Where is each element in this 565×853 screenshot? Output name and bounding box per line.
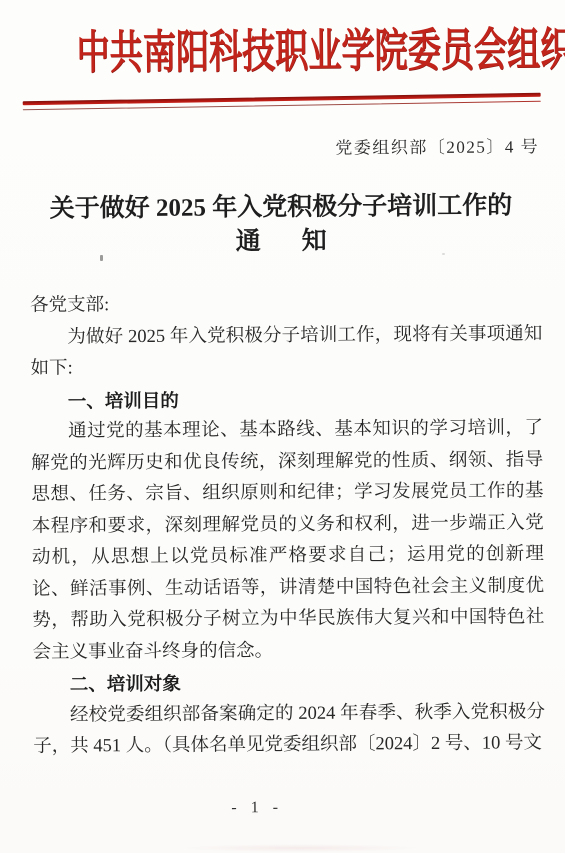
document-content: 中共南阳科技职业学院委员会组织部 党委组织部〔2025〕4 号 关于做好 202… — [0, 0, 565, 853]
document-title-line2: 通 知 — [0, 223, 564, 261]
section-1-paragraph: 通过党的基本理论、基本路线、基本知识的学习培训，了解党的光辉历史和优良传统，深刻… — [31, 413, 545, 669]
scan-speck — [442, 253, 445, 255]
scan-speck — [100, 255, 103, 261]
section-2-paragraph: 经校党委组织部备案确定的 2024 年春季、秋季入党积极分子，共 451 人。（… — [33, 697, 545, 764]
salutation: 各党支部: — [30, 287, 542, 322]
document-body: 各党支部: 为做好 2025 年入党积极分子培训工作，现将有关事项通知如下: 一… — [30, 287, 545, 763]
page-number: - 1 - — [0, 797, 540, 819]
letterhead-divider — [23, 93, 541, 111]
document-title: 关于做好 2025 年入党积极分子培训工作的 通 知 — [0, 189, 564, 261]
section-heading-2: 二、培训对象 — [33, 665, 545, 700]
intro-paragraph: 为做好 2025 年入党积极分子培训工作，现将有关事项通知如下: — [30, 319, 542, 386]
letterhead-title: 中共南阳科技职业学院委员会组织部 — [76, 25, 483, 80]
scan-smudge — [180, 844, 420, 852]
scanned-document-page: 中共南阳科技职业学院委员会组织部 党委组织部〔2025〕4 号 关于做好 202… — [0, 0, 565, 853]
document-title-line1: 关于做好 2025 年入党积极分子培训工作的 — [50, 192, 513, 222]
section-heading-1: 一、培训目的 — [31, 382, 543, 417]
document-reference-number: 党委组织部〔2025〕4 号 — [335, 132, 539, 158]
